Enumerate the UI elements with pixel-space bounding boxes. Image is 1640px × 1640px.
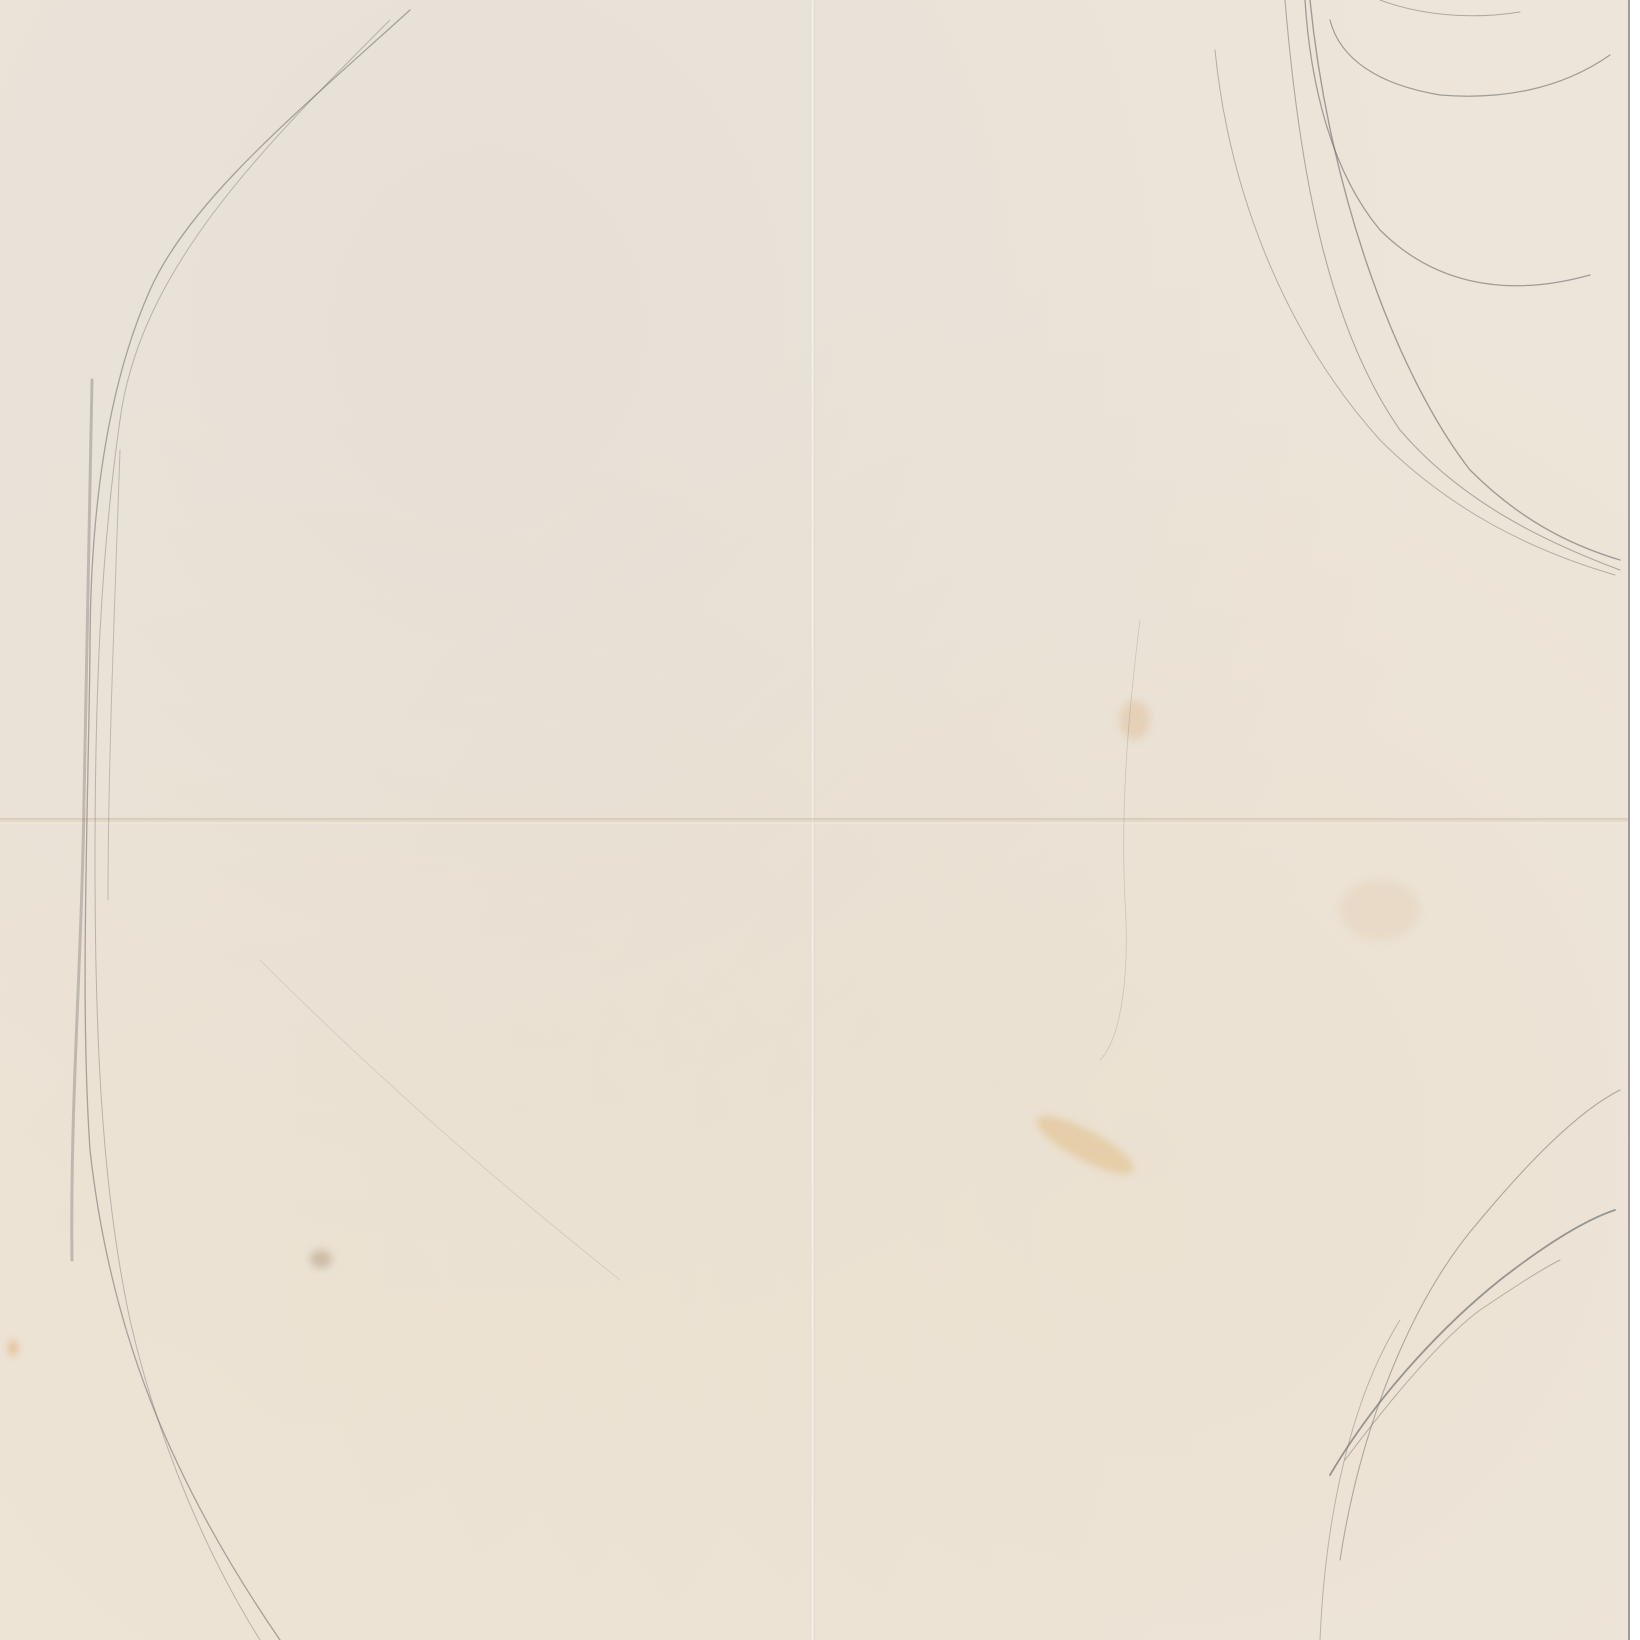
pencil-sketch	[0, 0, 1640, 1640]
